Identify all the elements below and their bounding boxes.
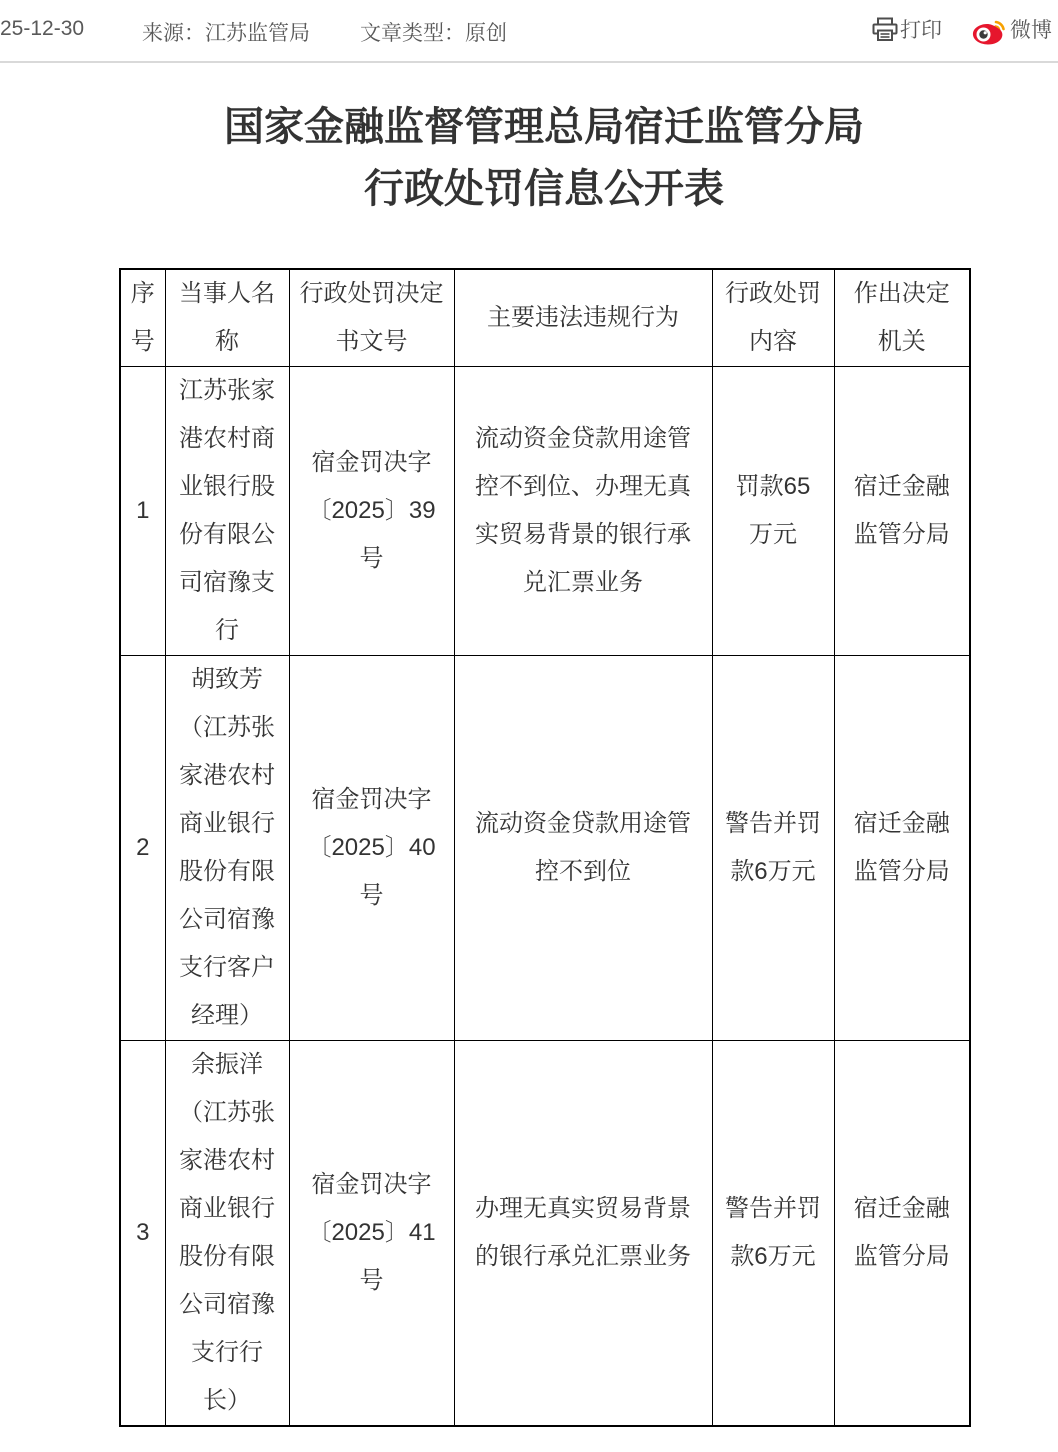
table-row: 1 江苏张家 港农村商 业银行股 份有限公 司宿豫支 行 宿金罚决字 〔2025… [120,367,970,656]
weibo-label: 微博 [1010,14,1052,44]
penalty-table: 序 号 当事人名 称 行政处罚决定 书文号 主要违法违规行为 行政处罚 内容 作… [119,268,971,1427]
cell-doc-no: 宿金罚决字 〔2025〕41 号 [289,1041,454,1427]
cell-penalty: 警告并罚 款6万元 [712,1041,834,1427]
cell-doc-no: 宿金罚决字 〔2025〕40 号 [289,656,454,1041]
cell-authority: 宿迁金融 监管分局 [834,1041,970,1427]
table-row: 3 余振洋 （江苏张 家港农村 商业银行 股份有限 公司宿豫 支行行 长） 宿金… [120,1041,970,1427]
title-line-2: 行政处罚信息公开表 [119,158,969,220]
action-buttons: 打印 微博 [872,12,1052,46]
table-header-row: 序 号 当事人名 称 行政处罚决定 书文号 主要违法违规行为 行政处罚 内容 作… [120,269,970,367]
cell-party-name: 余振洋 （江苏张 家港农村 商业银行 股份有限 公司宿豫 支行行 长） [165,1041,289,1427]
print-button[interactable]: 打印 [872,14,942,44]
page-title: 国家金融监督管理总局宿迁监管分局 行政处罚信息公开表 [119,96,969,220]
header-doc-no: 行政处罚决定 书文号 [289,269,454,367]
cell-party-name: 江苏张家 港农村商 业银行股 份有限公 司宿豫支 行 [165,367,289,656]
source-label: 来源：江苏监管局 [142,17,310,47]
cell-seq: 1 [120,367,165,656]
cell-violation: 流动资金贷款用途管 控不到位 [454,656,712,1041]
cell-seq: 3 [120,1041,165,1427]
cell-doc-no: 宿金罚决字 〔2025〕39 号 [289,367,454,656]
cell-party-name: 胡致芳 （江苏张 家港农村 商业银行 股份有限 公司宿豫 支行客户 经理） [165,656,289,1041]
cell-violation: 办理无真实贸易背景 的银行承兑汇票业务 [454,1041,712,1427]
header-authority: 作出决定 机关 [834,269,970,367]
title-line-1: 国家金融监督管理总局宿迁监管分局 [119,96,969,158]
header-party-name: 当事人名 称 [165,269,289,367]
article-meta-bar: 25-12-30 来源：江苏监管局 文章类型：原创 打印 [0,0,1058,61]
table-row: 2 胡致芳 （江苏张 家港农村 商业银行 股份有限 公司宿豫 支行客户 经理） … [120,656,970,1041]
weibo-icon [970,12,1008,46]
cell-seq: 2 [120,656,165,1041]
cell-authority: 宿迁金融 监管分局 [834,656,970,1041]
publish-date: 25-12-30 [0,17,84,41]
article-type-label: 文章类型：原创 [360,17,507,47]
article-content: 国家金融监督管理总局宿迁监管分局 行政处罚信息公开表 序 号 当事人名 称 行政… [119,96,969,1427]
printer-icon [872,17,898,42]
cell-penalty: 警告并罚 款6万元 [712,656,834,1041]
share-weibo-button[interactable]: 微博 [970,12,1052,46]
divider [0,61,1058,63]
header-penalty: 行政处罚 内容 [712,269,834,367]
cell-authority: 宿迁金融 监管分局 [834,367,970,656]
print-label: 打印 [900,14,942,44]
cell-penalty: 罚款65 万元 [712,367,834,656]
header-violation: 主要违法违规行为 [454,269,712,367]
cell-violation: 流动资金贷款用途管 控不到位、办理无真 实贸易背景的银行承 兑汇票业务 [454,367,712,656]
header-seq: 序 号 [120,269,165,367]
